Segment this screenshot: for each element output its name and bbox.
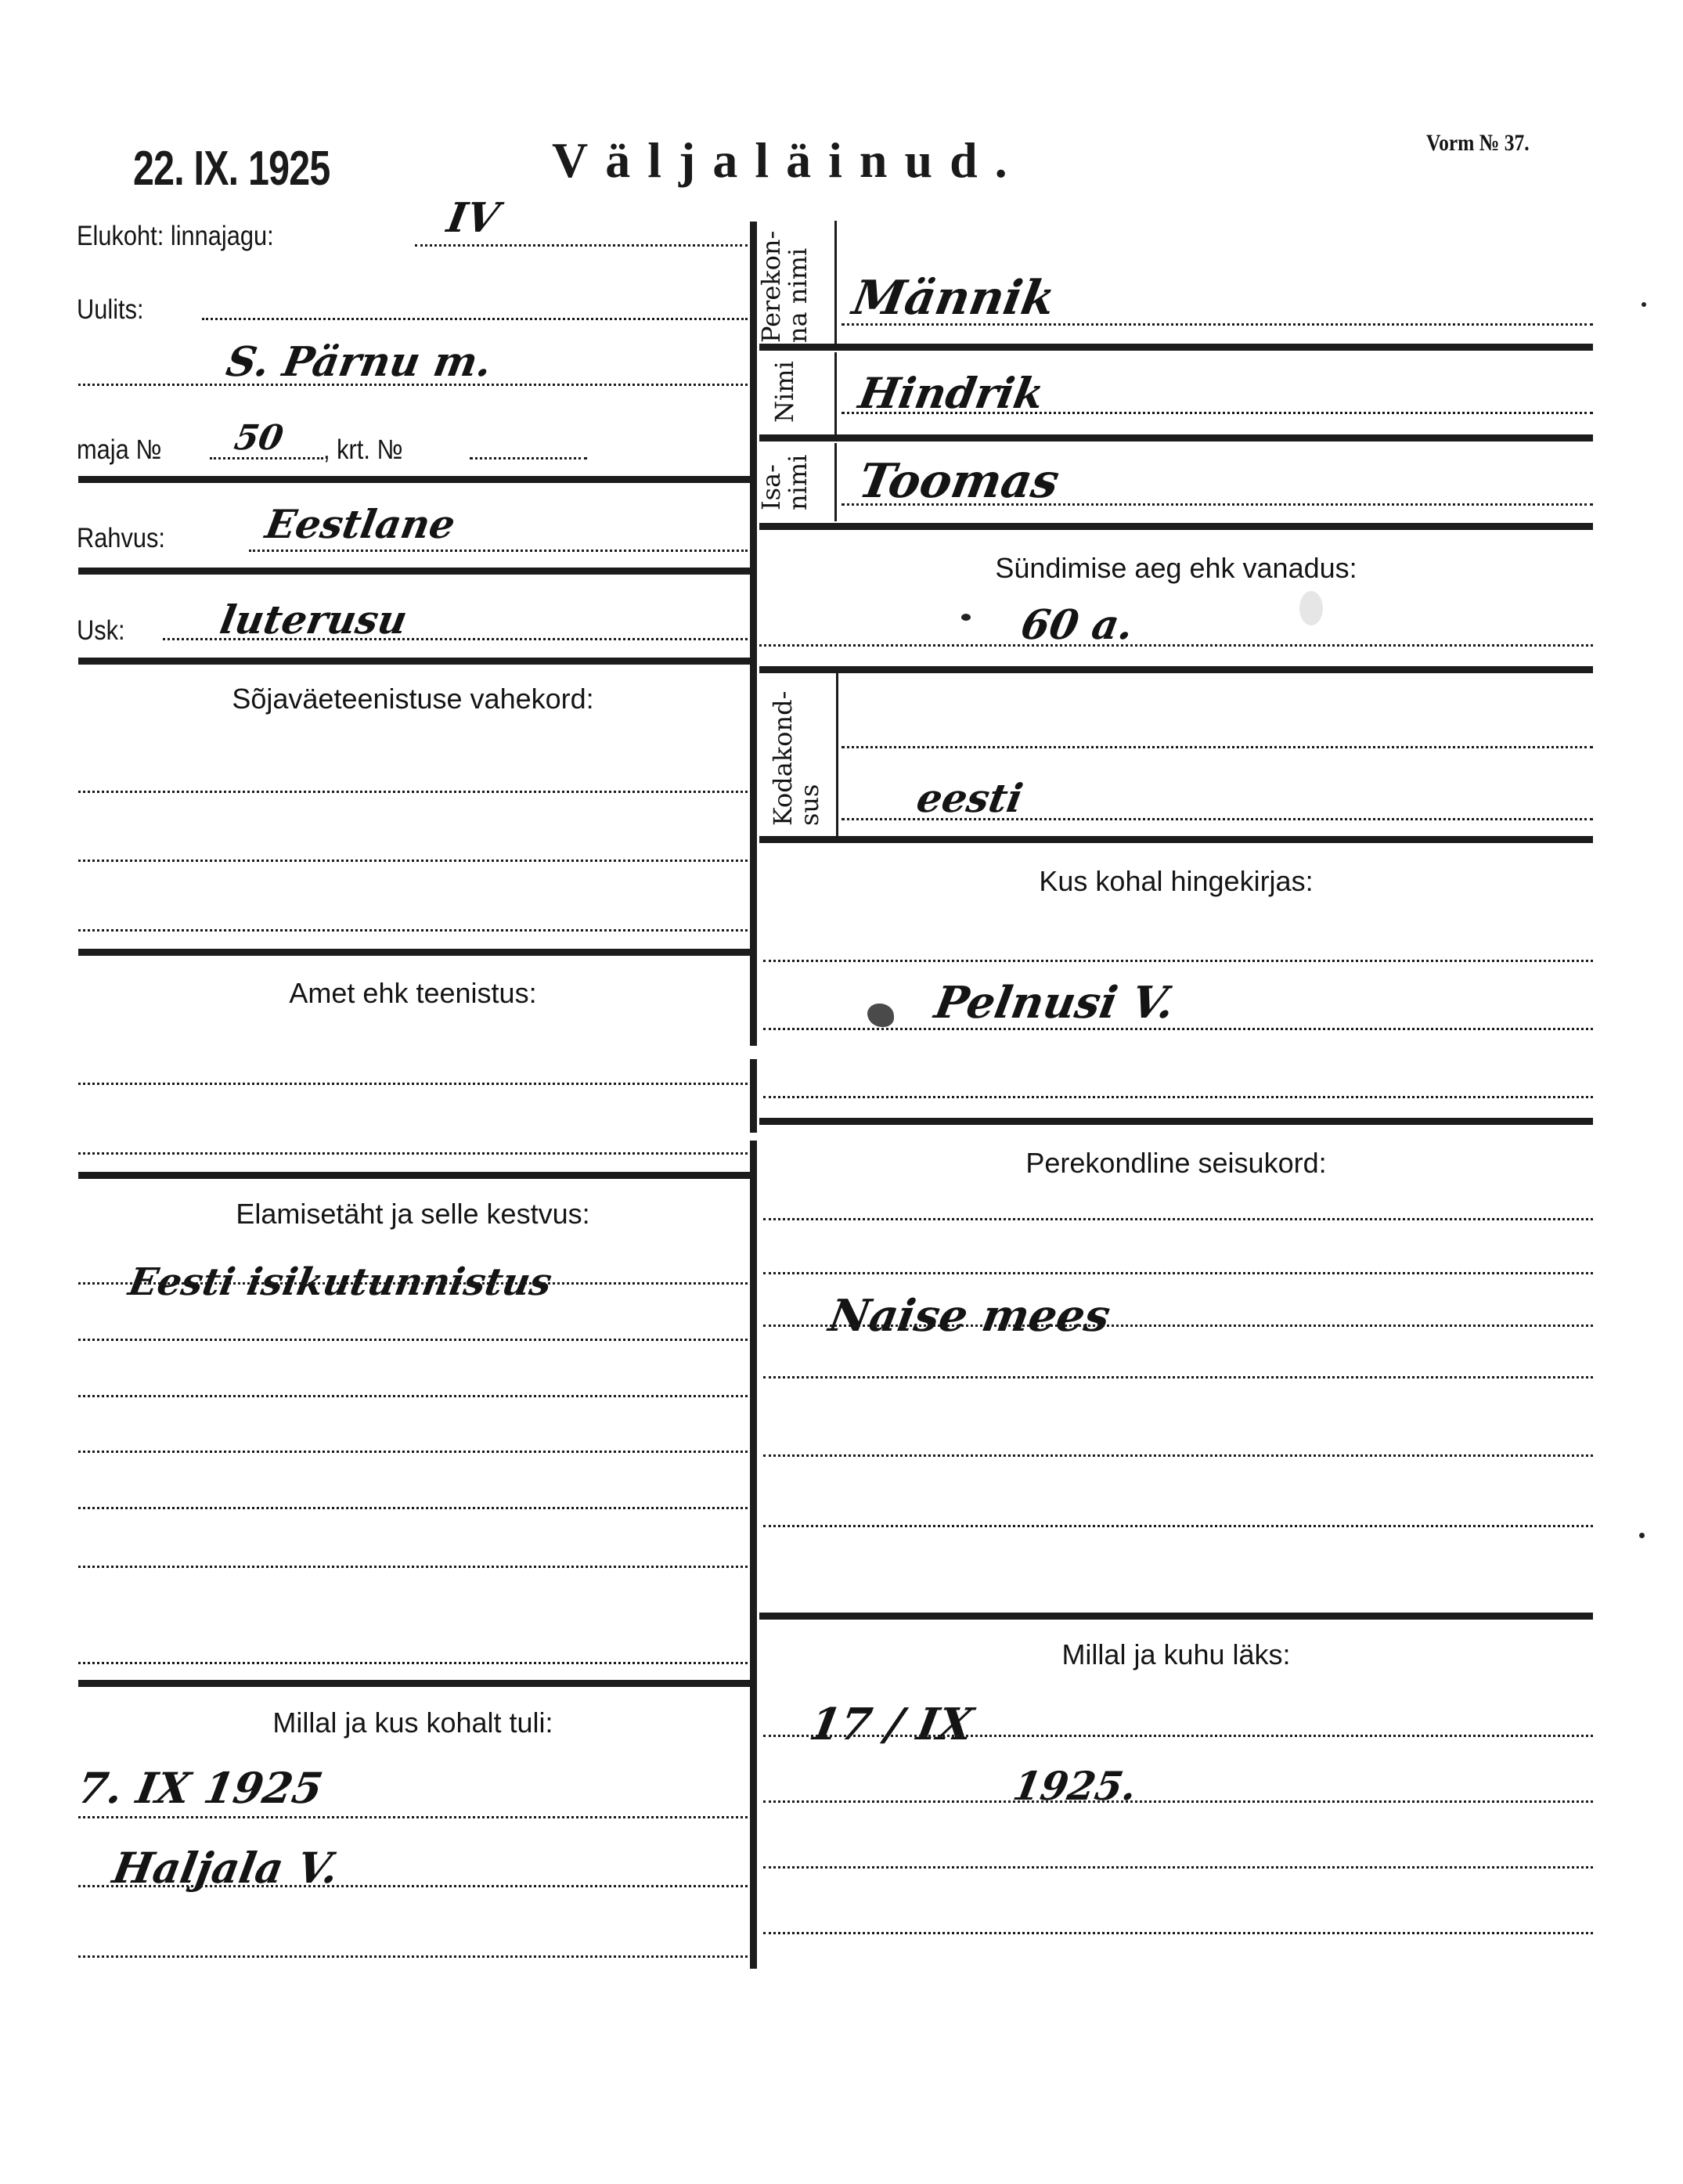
laks-line-3[interactable] <box>763 1866 1593 1869</box>
divider <box>78 476 750 483</box>
perekondline-line-3[interactable] <box>763 1324 1593 1327</box>
divider <box>759 523 1593 530</box>
tuli-value-line-1: 7. IX 1925 <box>74 1763 326 1813</box>
uulits-label: Uulits: <box>77 294 144 326</box>
hingekiri-value: Pelnusi V. <box>931 977 1178 1029</box>
perekondline-line-5[interactable] <box>763 1454 1593 1457</box>
laks-line-1[interactable] <box>763 1735 1593 1737</box>
sojavae-line-2[interactable] <box>78 860 748 862</box>
divider <box>759 1613 1593 1620</box>
ink-blot <box>867 1004 894 1027</box>
paper-speck <box>1639 1533 1645 1538</box>
tuli-label: Millal ja kus kohalt tuli: <box>78 1706 748 1739</box>
tuli-line-3[interactable] <box>78 1955 748 1958</box>
elamisetaht-line-3[interactable] <box>78 1395 748 1397</box>
elamisetaht-line-6[interactable] <box>78 1566 748 1568</box>
kodakondsus-line-1[interactable] <box>841 746 1593 748</box>
center-divider-mid <box>750 1059 757 1133</box>
perekondline-value: Naise mees <box>825 1290 1114 1342</box>
perekondline-line-2[interactable] <box>763 1272 1593 1274</box>
krt-line[interactable] <box>470 457 587 460</box>
elamisetaht-line-5[interactable] <box>78 1507 748 1509</box>
amet-line-1[interactable] <box>78 1083 748 1085</box>
elukoht-label: Elukoht: linnajagu: <box>77 221 274 252</box>
nimi-label: Nimi <box>771 361 798 423</box>
amet-label: Amet ehk teenistus: <box>78 977 748 1010</box>
maja-label: maja № <box>77 434 161 466</box>
isanimi-label-line-1: Isa- <box>758 455 784 510</box>
usk-label: Usk: <box>77 615 125 647</box>
maja-value: 50 <box>232 418 287 458</box>
hingekiri-label: Kus kohal hingekirjas: <box>759 865 1593 898</box>
perekondline-line-4[interactable] <box>763 1376 1593 1379</box>
center-divider-upper <box>750 222 757 1046</box>
laks-line-4[interactable] <box>763 1932 1593 1934</box>
kodakondsus-label: Kodakond- sus <box>769 691 823 826</box>
paper-speck <box>961 614 971 621</box>
nimi-value: Hindrik <box>855 368 1047 418</box>
isanimi-label-line-2: nimi <box>784 455 811 510</box>
divider <box>759 666 1593 673</box>
nimi-line[interactable] <box>841 412 1593 414</box>
paper-stain <box>1299 591 1323 625</box>
hingekiri-line-3[interactable] <box>763 1096 1593 1098</box>
rahvus-value: Eestlane <box>262 501 459 547</box>
perekondline-label: Perekondline seisukord: <box>759 1147 1593 1180</box>
nimi-label-text: Nimi <box>771 361 798 423</box>
sundimine-value: 60 a. <box>1018 601 1137 649</box>
perekonnanimi-label: Perekon- na nimi <box>758 231 811 343</box>
tuli-line-2[interactable] <box>78 1885 748 1887</box>
elamisetaht-line-1[interactable] <box>78 1282 748 1285</box>
kodakondsus-line-2[interactable] <box>841 818 1593 820</box>
hingekiri-line-2[interactable] <box>763 1028 1593 1030</box>
amet-line-2[interactable] <box>78 1152 748 1155</box>
label-separator <box>834 352 837 434</box>
date-stamp: 22. IX. 1925 <box>133 141 330 196</box>
elamisetaht-line-7[interactable] <box>78 1662 748 1664</box>
divider <box>759 836 1593 843</box>
usk-value: luterusu <box>217 596 411 643</box>
isanimi-line[interactable] <box>841 503 1593 506</box>
divider <box>78 1680 750 1687</box>
kodakondsus-label-line-1: Kodakond- <box>769 691 796 826</box>
center-divider-lower <box>750 1141 757 1969</box>
sojavae-line-3[interactable] <box>78 929 748 932</box>
isanimi-label: Isa- nimi <box>758 455 811 510</box>
divider <box>78 658 750 665</box>
tuli-line-1[interactable] <box>78 1816 748 1818</box>
sundimine-line[interactable] <box>759 644 1593 647</box>
uulits-value: S. Pärnu m. <box>223 338 496 386</box>
perekonnanimi-line[interactable] <box>841 323 1593 326</box>
divider <box>759 344 1593 351</box>
kodakondsus-label-line-2: sus <box>796 691 823 826</box>
divider <box>759 434 1593 441</box>
rahvus-label: Rahvus: <box>77 523 165 554</box>
divider <box>78 1172 750 1179</box>
laks-value-line-1: 17 / IX <box>805 1699 977 1750</box>
sojavae-label: Sõjaväeteenistuse vahekord: <box>78 683 748 715</box>
kodakondsus-value: eesti <box>914 775 1026 821</box>
perekonnanimi-value: Männik <box>849 271 1059 326</box>
perekonnanimi-label-line-2: na nimi <box>784 231 811 343</box>
form-title: Väljaläinud. <box>552 132 1025 189</box>
label-separator <box>834 221 837 344</box>
laks-label: Millal ja kuhu läks: <box>759 1638 1593 1671</box>
perekondline-line-1[interactable] <box>763 1218 1593 1220</box>
perekonnanimi-label-line-1: Perekon- <box>758 231 784 343</box>
krt-label: , krt. № <box>323 434 402 466</box>
uulits-line[interactable] <box>202 318 748 320</box>
divider <box>78 568 750 575</box>
sundimine-label: Sündimise aeg ehk vanadus: <box>759 552 1593 585</box>
elamisetaht-line-2[interactable] <box>78 1339 748 1341</box>
perekondline-line-6[interactable] <box>763 1525 1593 1527</box>
rahvus-line[interactable] <box>249 550 748 552</box>
paper-speck <box>1642 302 1646 307</box>
laks-line-2[interactable] <box>763 1800 1593 1803</box>
divider <box>78 949 750 956</box>
label-separator <box>836 672 838 840</box>
form-number: Vorm № 37. <box>1426 130 1530 157</box>
uulits-line-2[interactable] <box>78 384 748 386</box>
elukoht-value: IV <box>444 194 503 242</box>
elukoht-line[interactable] <box>415 244 748 247</box>
isanimi-value: Toomas <box>855 454 1063 509</box>
elamisetaht-label: Elamisetäht ja selle kestvus: <box>78 1198 748 1231</box>
label-separator <box>834 443 837 521</box>
sojavae-line-1[interactable] <box>78 791 748 793</box>
hingekiri-line-1[interactable] <box>763 960 1593 962</box>
elamisetaht-line-4[interactable] <box>78 1451 748 1453</box>
divider <box>759 1118 1593 1125</box>
